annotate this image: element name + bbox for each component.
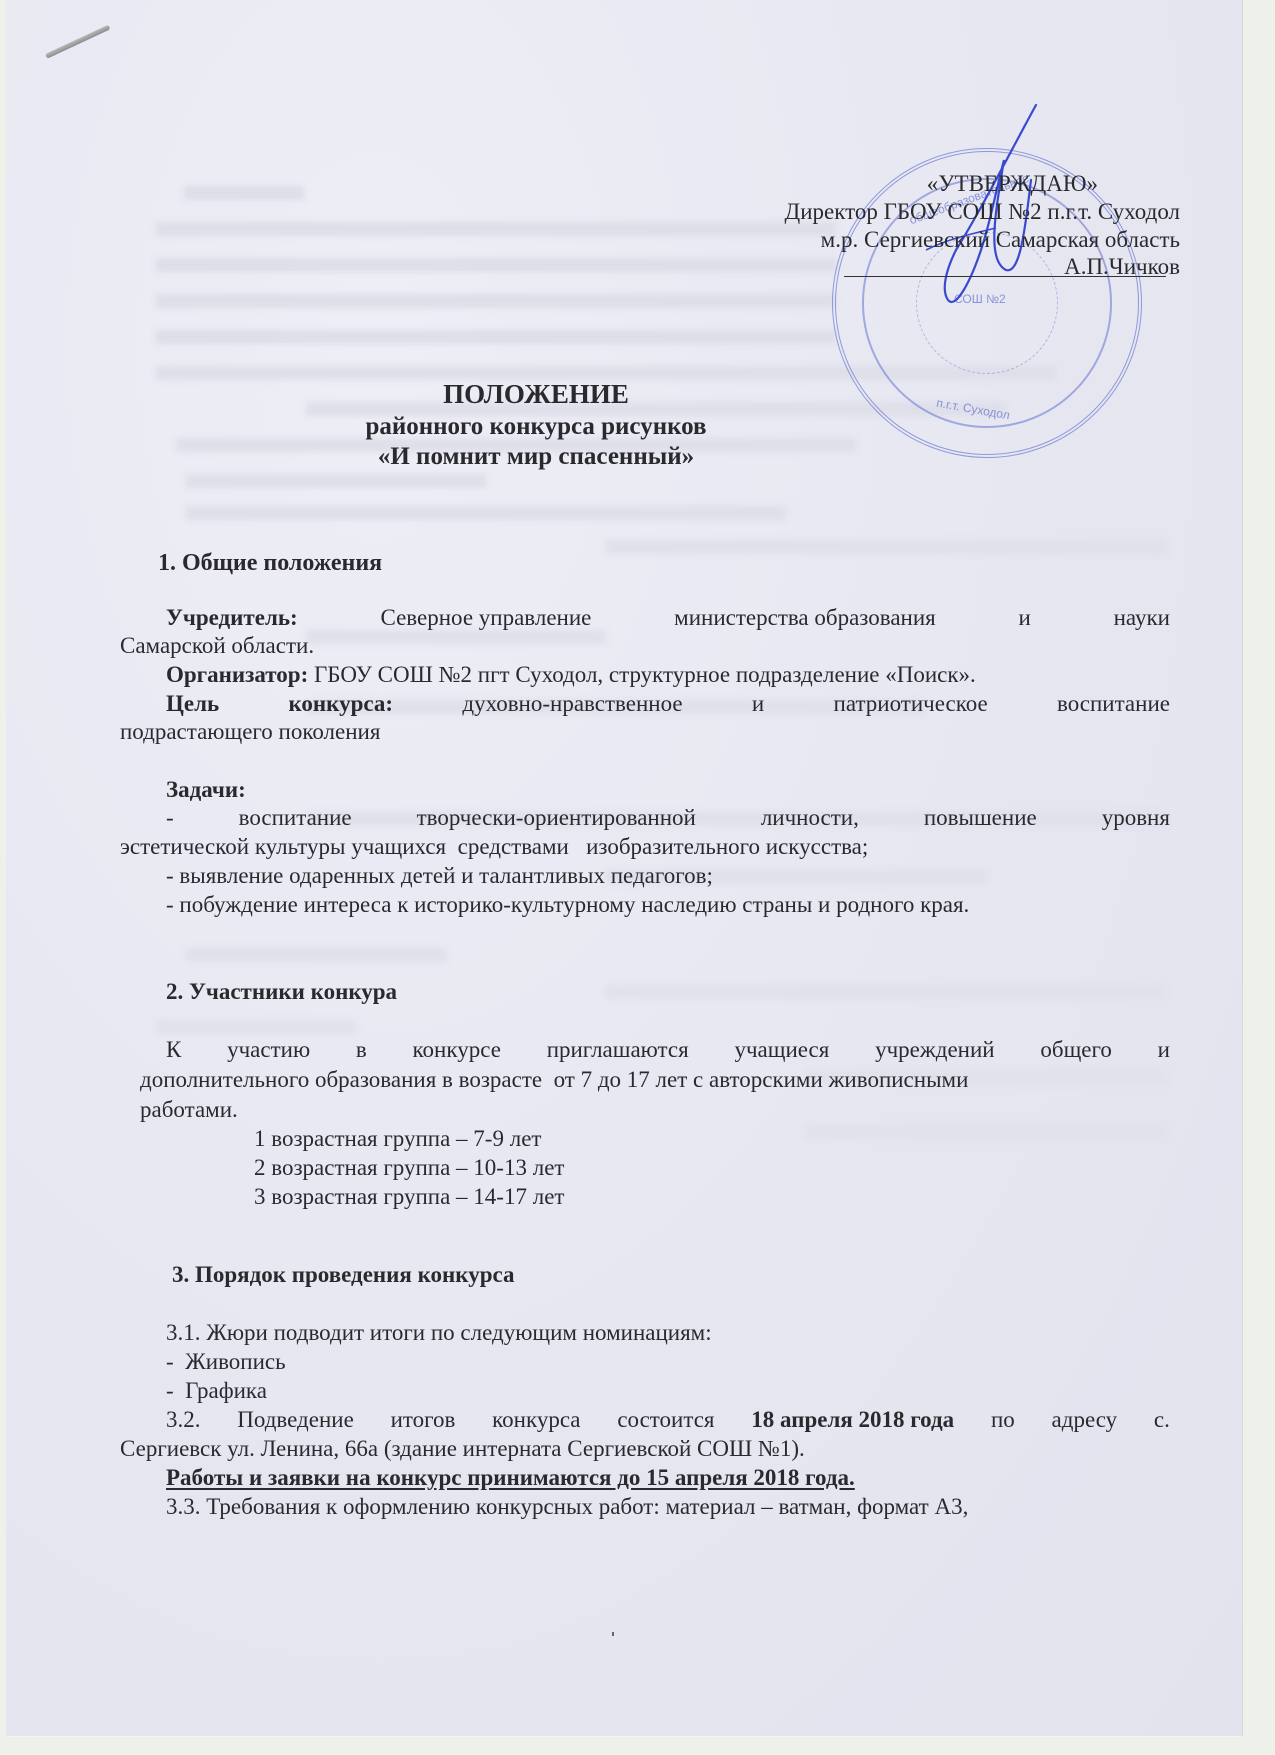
p32-line2: Сергиевск ул. Ленина, 66а (здание интерн… (120, 1435, 805, 1463)
word: Северное управление (380, 604, 591, 632)
speck (612, 1632, 614, 1636)
p32-line1: 3.2. Подведение итогов конкурса состоитс… (166, 1406, 1170, 1434)
age-group-2: 2 возрастная группа – 10-13 лет (254, 1154, 564, 1182)
approval-district-line: м.р. Сергиевский Самарская область (821, 226, 1180, 254)
organizer-label: Организатор: (166, 662, 308, 687)
word: патриотическое (834, 690, 988, 718)
word: и (1158, 1036, 1170, 1064)
word: личности, (761, 804, 859, 832)
approval-heading: «УТВЕРЖДАЮ» (927, 170, 1098, 198)
results-date: 18 апреля 2018 года (751, 1406, 954, 1434)
word: науки (1114, 604, 1170, 632)
word: К (166, 1036, 181, 1064)
founder-line: Учредитель: Северное управление министер… (166, 604, 1170, 632)
word: приглашаются (547, 1036, 689, 1064)
participants-line1: К участию в конкурсе приглашаются учащие… (166, 1036, 1170, 1064)
goal-line: Цель конкурса: духовно-нравственное и па… (166, 690, 1170, 718)
word: и (1019, 604, 1031, 632)
word: воспитание (239, 804, 352, 832)
word: конкурса (492, 1406, 580, 1434)
word: учащиеся (734, 1036, 829, 1064)
word: по (991, 1406, 1015, 1434)
word: учреждений (875, 1036, 995, 1064)
word: конкурсе (413, 1036, 501, 1064)
document-page: общеобразовательное СОШ №2 п.г.т. Суходо… (6, 0, 1243, 1737)
task1-continuation: эстетической культуры учащихся средствам… (120, 833, 868, 861)
task1-line: - воспитание творчески-ориентированной л… (166, 804, 1170, 832)
p31-line: 3.1. Жюри подводит итоги по следующим но… (166, 1319, 712, 1347)
word: - (166, 804, 174, 832)
participants-line2: дополнительного образования в возрасте о… (140, 1066, 968, 1094)
title-sub2: «И помнит мир спасенный» (6, 442, 1066, 472)
section2-heading: 2. Участники конкура (166, 978, 397, 1006)
word: 3.2. (166, 1406, 201, 1434)
word: творчески-ориентированной (417, 804, 696, 832)
word: адресу (1052, 1406, 1118, 1434)
age-group-3: 3 возрастная группа – 14-17 лет (254, 1183, 564, 1211)
word: уровня (1102, 804, 1170, 832)
word: воспитание (1057, 690, 1170, 718)
nomination-painting: - Живопись (166, 1348, 286, 1376)
section3-heading: 3. Порядок проведения конкурса (172, 1261, 515, 1289)
founder-continuation: Самарской области. (120, 632, 314, 660)
word: и (752, 690, 764, 718)
section1-heading: 1. Общие положения (158, 549, 382, 577)
word: состоится (617, 1406, 714, 1434)
word: Подведение (237, 1406, 354, 1434)
word: с. (1154, 1406, 1170, 1434)
submission-deadline: Работы и заявки на конкурс принимаются д… (166, 1464, 855, 1492)
word: участию (227, 1036, 310, 1064)
founder-label: Учредитель: (166, 604, 298, 632)
goal-continuation: подрастающего поколения (120, 718, 380, 746)
title-main: ПОЛОЖЕНИЕ (6, 378, 1066, 410)
word: общего (1040, 1036, 1111, 1064)
goal-label: Цель (166, 690, 219, 718)
word: духовно-нравственное (462, 690, 682, 718)
age-group-1: 1 возрастная группа – 7-9 лет (254, 1125, 541, 1153)
signature-line (844, 276, 1166, 277)
task2-line: - выявление одаренных детей и талантливы… (166, 862, 713, 890)
word: повышение (924, 804, 1037, 832)
word: итогов (391, 1406, 456, 1434)
approval-director-line: Директор ГБОУ СОШ №2 п.г.т. Суходол (785, 198, 1180, 226)
goal-label: конкурса: (288, 690, 393, 718)
nomination-graphics: - Графика (166, 1377, 267, 1405)
organizer-text: ГБОУ СОШ №2 пгт Суходол, структурное под… (308, 662, 976, 687)
task3-line: - побуждение интереса к историко-культур… (166, 891, 969, 919)
title-sub1: районного конкурса рисунков (6, 412, 1066, 442)
participants-line3: работами. (140, 1096, 238, 1124)
word: в (356, 1036, 367, 1064)
organizer-line: Организатор: ГБОУ СОШ №2 пгт Суходол, ст… (166, 661, 976, 689)
staple-mark (45, 25, 111, 59)
word: министерства образования (674, 604, 936, 632)
tasks-label: Задачи: (166, 776, 246, 804)
p33-line: 3.3. Требования к оформлению конкурсных … (166, 1493, 968, 1521)
